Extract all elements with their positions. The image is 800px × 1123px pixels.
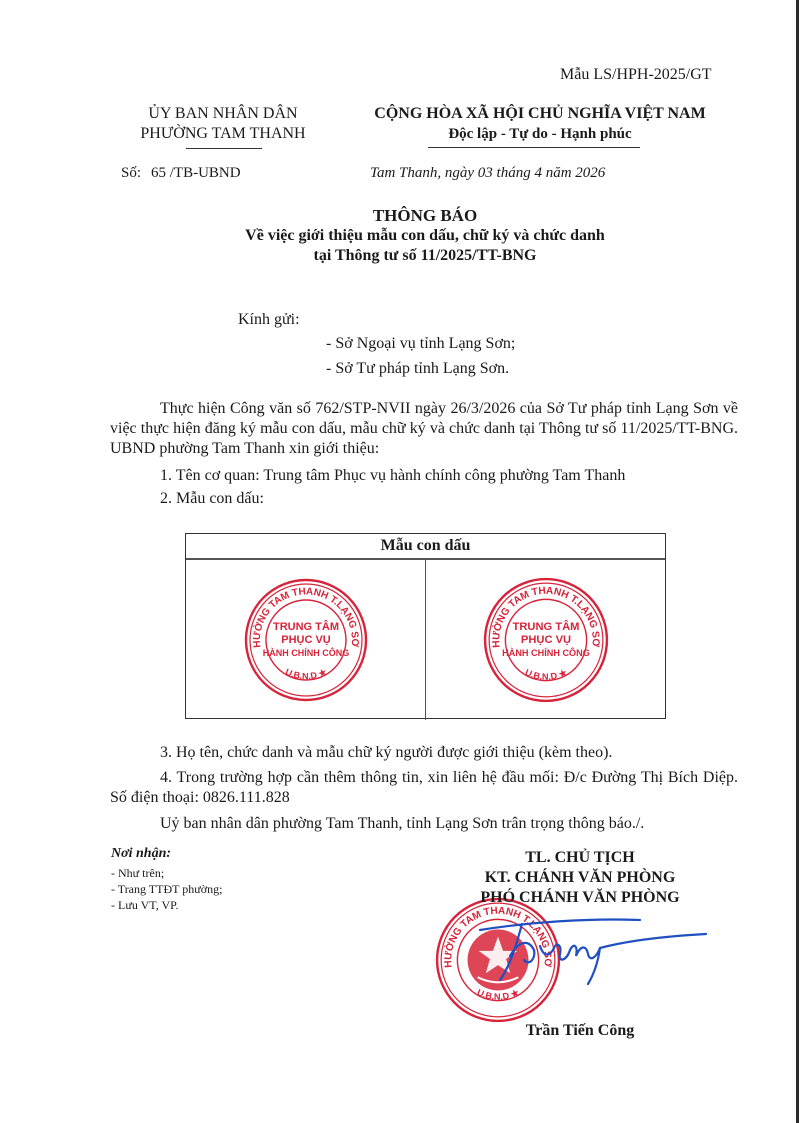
svg-text:PHỤC VỤ: PHỤC VỤ <box>520 634 570 646</box>
seal-stamp-icon: PHƯỜNG TAM THANH T.LẠNG SƠNU.B.N.D ★TRUN… <box>241 575 371 705</box>
nation-line1: CỘNG HÒA XÃ HỘI CHỦ NGHĨA VIỆT NAM <box>340 104 740 124</box>
agency-line1: ỦY BAN NHÂN DÂN <box>118 104 328 124</box>
seal-cell: PHƯỜNG TAM THANH T.LẠNG SƠNU.B.N.D ★TRUN… <box>186 560 425 720</box>
motto-underline <box>428 147 640 148</box>
item-agency-name: 1. Tên cơ quan: Trung tâm Phục vụ hành c… <box>160 467 625 485</box>
item-signer-info: 3. Họ tên, chức danh và mẫu chữ ký người… <box>160 744 612 762</box>
item-contact: 4. Trong trường hợp cần thêm thông tin, … <box>110 768 738 808</box>
document-title: THÔNG BÁO Về việc giới thiệu mẫu con dấu… <box>100 206 750 266</box>
seal-stamp-icon: PHƯỜNG TAM THANH T.LẠNG SƠNU.B.N.D ★TRUN… <box>480 574 612 706</box>
svg-text:U.B.N.D ★: U.B.N.D ★ <box>283 666 328 681</box>
handwritten-signature-icon <box>470 906 710 986</box>
signature-title: TL. CHỦ TỊCH KT. CHÁNH VĂN PHÒNG PHÓ CHÁ… <box>430 848 730 908</box>
page-edge-border <box>796 0 799 1123</box>
recipient-item: - Sở Tư pháp tỉnh Lạng Sơn. <box>326 360 509 378</box>
svg-text:TRUNG TÂM: TRUNG TÂM <box>273 620 339 633</box>
svg-text:TRUNG TÂM: TRUNG TÂM <box>512 620 579 633</box>
recipients-footer-item: - Như trên; <box>111 866 164 881</box>
closing-line: Uỷ ban nhân dân phường Tam Thanh, tỉnh L… <box>160 815 644 833</box>
signer-name: Trần Tiến Công <box>430 1022 730 1040</box>
doc-number-value: 65 /TB-UBND <box>151 165 241 181</box>
recipient-item: - Sở Ngoại vụ tỉnh Lạng Sơn; <box>326 335 515 353</box>
recipients-footer-item: - Trang TTĐT phường; <box>111 882 222 897</box>
document-number: Số:65 /TB-UBND <box>121 165 241 182</box>
greeting: Kính gửi: <box>238 311 300 329</box>
svg-text:PHỤC VỤ: PHỤC VỤ <box>281 634 331 646</box>
svg-text:HÀNH CHÍNH CÔNG: HÀNH CHÍNH CÔNG <box>502 647 590 658</box>
doc-number-label: Số: <box>121 165 141 181</box>
seal-sample-table: Mẫu con dấu PHƯỜNG TAM THANH T.LẠNG SƠNU… <box>185 533 666 719</box>
title-main: THÔNG BÁO <box>100 206 750 226</box>
svg-text:HÀNH CHÍNH CÔNG: HÀNH CHÍNH CÔNG <box>262 647 349 658</box>
agency-underline <box>186 148 262 149</box>
sign-line3: PHÓ CHÁNH VĂN PHÒNG <box>430 888 730 908</box>
svg-text:U.B.N.D ★: U.B.N.D ★ <box>523 667 569 682</box>
sign-line2: KT. CHÁNH VĂN PHÒNG <box>430 868 730 888</box>
title-line3: tại Thông tư số 11/2025/TT-BNG <box>100 246 750 266</box>
issuing-agency: ỦY BAN NHÂN DÂN PHƯỜNG TAM THANH <box>118 104 328 144</box>
item-seal-sample: 2. Mẫu con dấu: <box>160 490 264 508</box>
seal-table-header: Mẫu con dấu <box>186 534 665 560</box>
national-motto: CỘNG HÒA XÃ HỘI CHỦ NGHĨA VIỆT NAM Độc l… <box>340 104 740 144</box>
intro-paragraph: Thực hiện Công văn số 762/STP-NVII ngày … <box>110 399 738 459</box>
title-line2: Về việc giới thiệu mẫu con dấu, chữ ký v… <box>100 226 750 246</box>
recipients-footer-title: Nơi nhận: <box>111 846 171 862</box>
recipients-footer-item: - Lưu VT, VP. <box>111 898 179 913</box>
nation-line2: Độc lập - Tự do - Hạnh phúc <box>340 124 740 144</box>
sign-line1: TL. CHỦ TỊCH <box>430 848 730 868</box>
agency-line2: PHƯỜNG TAM THANH <box>118 124 328 144</box>
form-code: Mẫu LS/HPH-2025/GT <box>560 66 712 84</box>
seal-cell: PHƯỜNG TAM THANH T.LẠNG SƠNU.B.N.D ★TRUN… <box>425 560 665 720</box>
date-line: Tam Thanh, ngày 03 tháng 4 năm 2026 <box>370 165 605 182</box>
